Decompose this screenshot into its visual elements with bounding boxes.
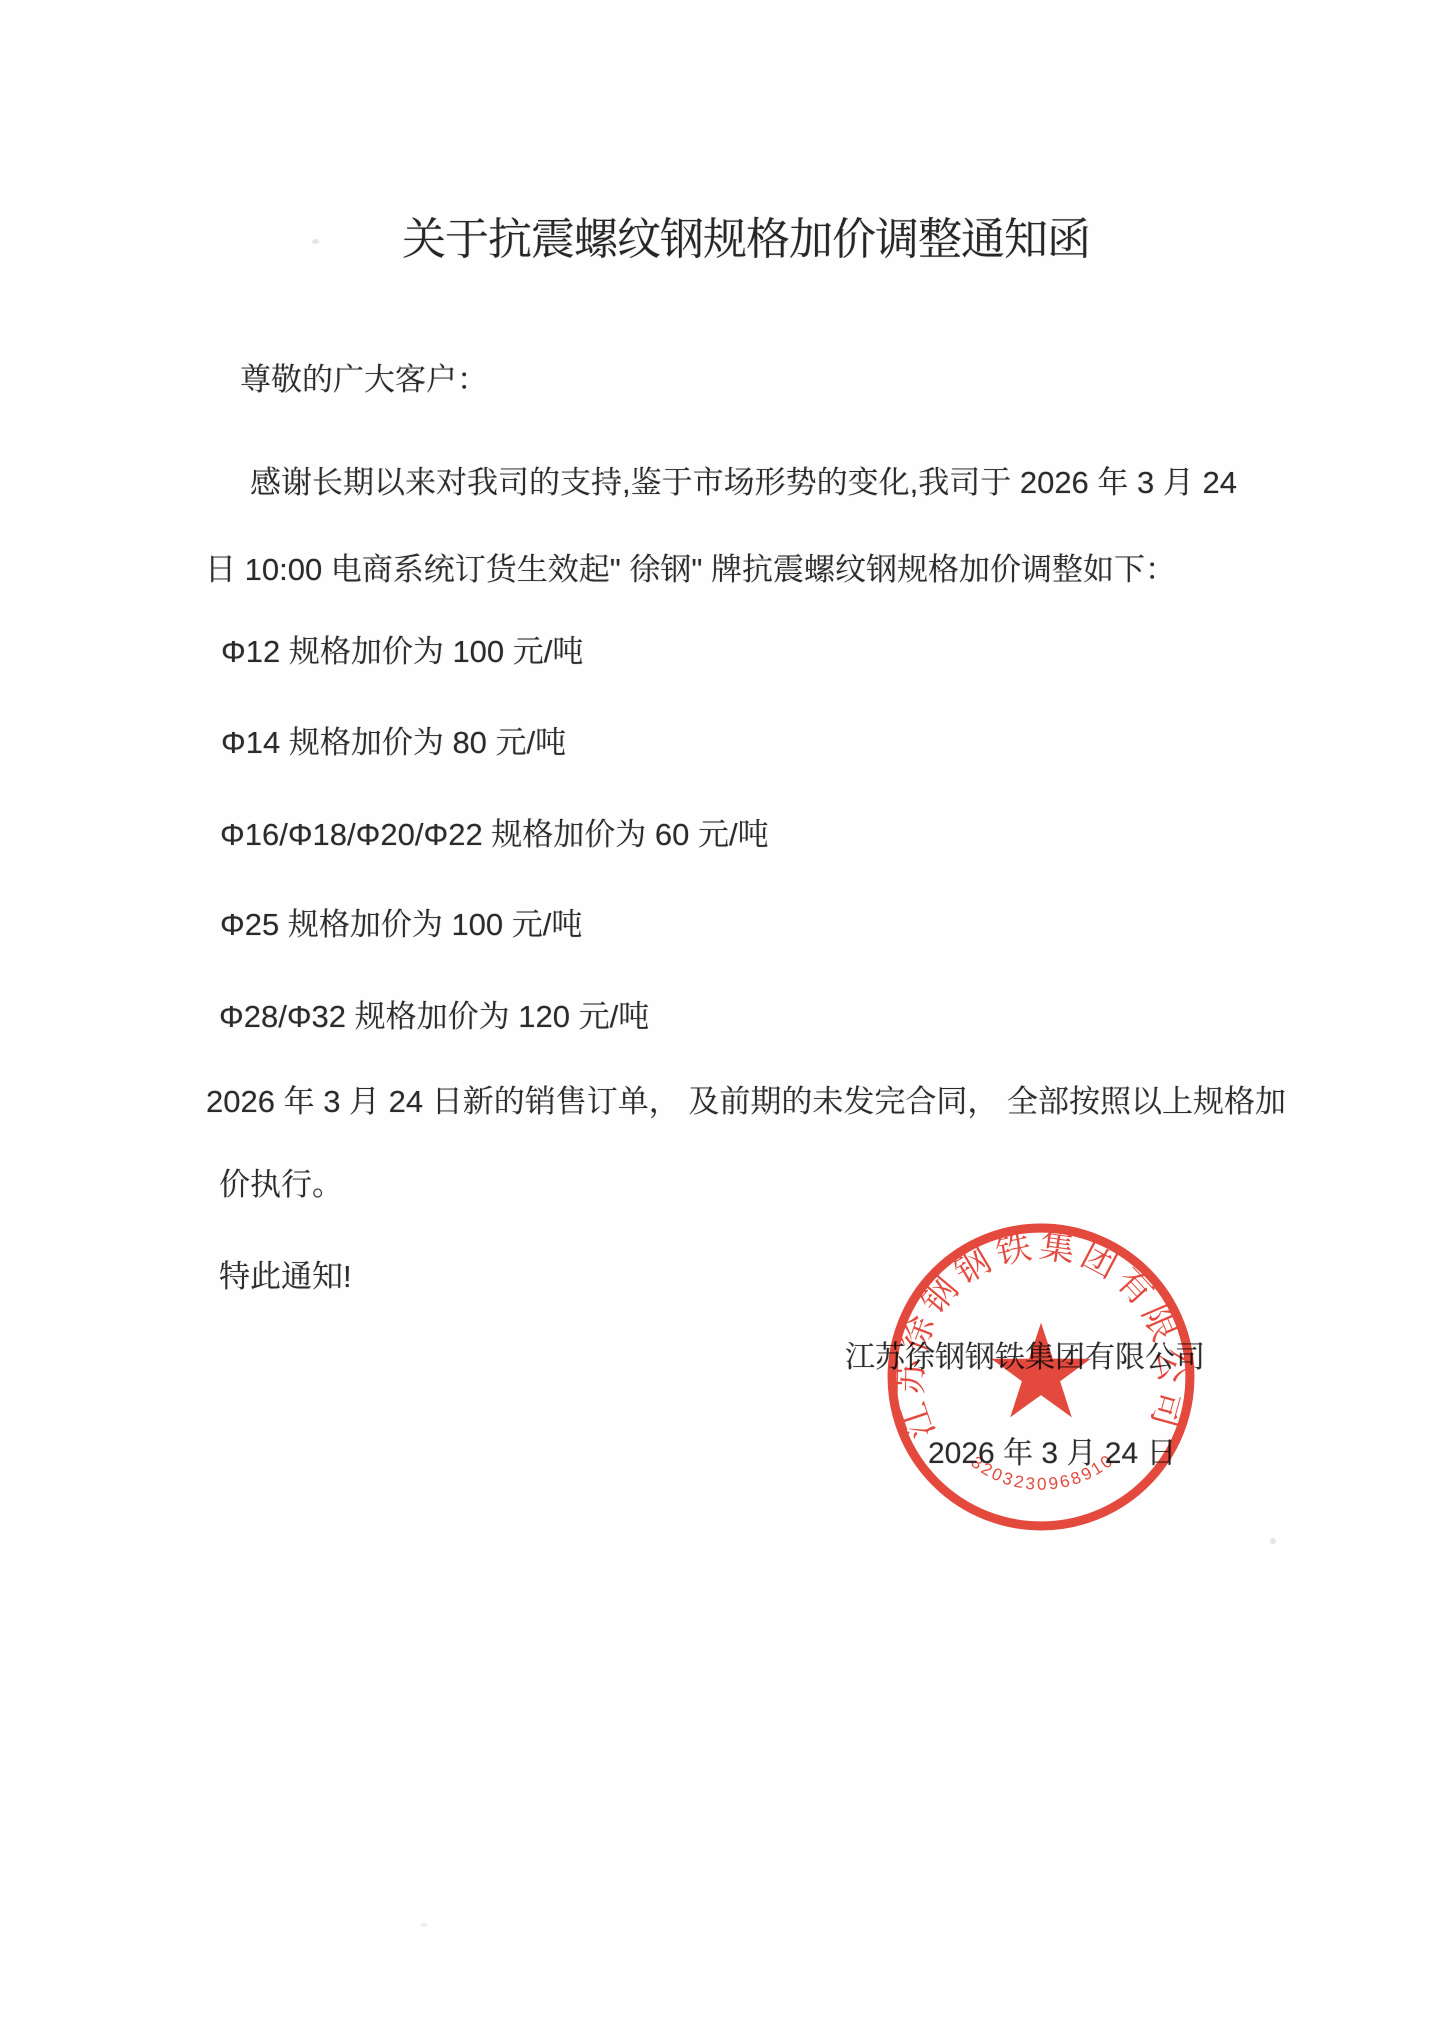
scan-artifact xyxy=(1270,1538,1276,1544)
closing-line-1: 2026 年 3 月 24 日新的销售订单， 及前期的未发完合同， 全部按照以上… xyxy=(206,1084,1286,1120)
spec-line: Φ25 规格加价为 100 元/吨 xyxy=(220,907,582,943)
scanned-notice-page: 关于抗震螺纹钢规格加价调整通知函 尊敬的广大客户： 感谢长期以来对我司的支持,鉴… xyxy=(0,0,1440,2036)
closing-line-2: 价执行。 xyxy=(219,1167,343,1203)
stamp-serial-arc-text: 3203230968910 xyxy=(968,1450,1118,1494)
document-title: 关于抗震螺纹钢规格加价调整通知函 xyxy=(26,203,1440,267)
company-stamp: 江苏徐钢钢铁集团有限公司 3203230968910 xyxy=(880,1216,1202,1538)
intro-line-1: 感谢长期以来对我司的支持,鉴于市场形势的变化,我司于 2026 年 3 月 24 xyxy=(250,465,1237,501)
spec-line: Φ12 规格加价为 100 元/吨 xyxy=(221,634,583,670)
notice-line: 特此通知! xyxy=(219,1259,352,1295)
star-icon xyxy=(991,1323,1091,1418)
intro-line-2: 日 10:00 电商系统订货生效起" 徐钢" 牌抗震螺纹钢规格加价调整如下： xyxy=(205,552,1176,588)
salutation: 尊敬的广大客户： xyxy=(240,362,488,398)
spec-line: Φ16/Φ18/Φ20/Φ22 规格加价为 60 元/吨 xyxy=(220,817,769,853)
scan-artifact xyxy=(420,1923,428,1927)
spec-line: Φ28/Φ32 规格加价为 120 元/吨 xyxy=(219,999,649,1035)
spec-line: Φ14 规格加价为 80 元/吨 xyxy=(221,725,566,761)
scan-artifact xyxy=(312,239,319,244)
